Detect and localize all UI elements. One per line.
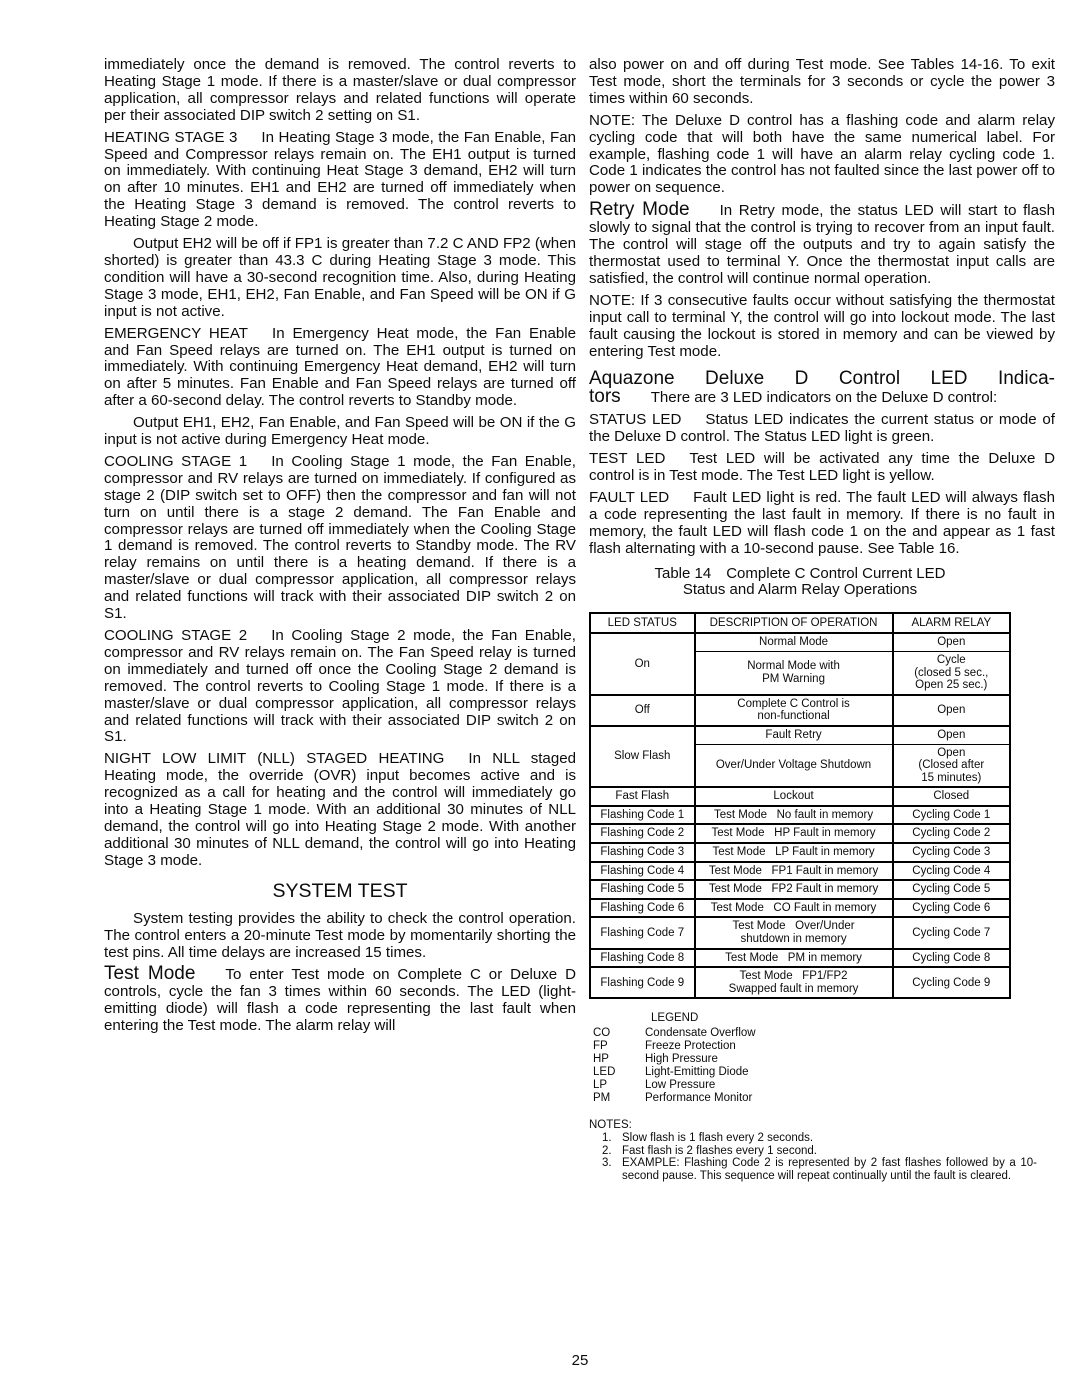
table-row: Flashing Code 4 Test Mode FP1 Fault in m… bbox=[590, 862, 1010, 881]
legend-abbr: CO bbox=[593, 1027, 645, 1040]
notes: NOTES: 1.Slow flash is 1 flash every 2 s… bbox=[589, 1119, 1037, 1184]
alarm-relay-cell: Cycling Code 3 bbox=[893, 843, 1010, 862]
legend-item: FPFreeze Protection bbox=[593, 1040, 933, 1053]
heading-retry-mode: Retry Mode bbox=[589, 199, 690, 220]
led-status-cell: Flashing Code 1 bbox=[590, 806, 695, 825]
table-row: Slow Flash Fault Retry Open bbox=[590, 726, 1010, 744]
table-row: Flashing Code 7 Test Mode Over/Under shu… bbox=[590, 917, 1010, 948]
cooling-stage-1-text: In Cooling Stage 1 mode, the Fan Enable,… bbox=[104, 453, 576, 622]
nll-text: In NLL staged Heating mode, the override… bbox=[104, 750, 576, 868]
paragraph-system-testing: System testing provides the ability to c… bbox=[104, 911, 576, 962]
paragraph-status-led: STATUS LEDStatus LED indicates the curre… bbox=[589, 412, 1055, 446]
heading-heating-stage-3: HEATING STAGE 3 bbox=[104, 129, 237, 146]
alarm-relay-cell: Cycling Code 6 bbox=[893, 899, 1010, 918]
led-status-cell: Flashing Code 9 bbox=[590, 967, 695, 998]
alarm-relay-cell: Cycling Code 2 bbox=[893, 824, 1010, 843]
paragraph-test-led: TEST LEDTest LED will be activated any t… bbox=[589, 451, 1055, 485]
heading-test-mode: Test Mode bbox=[104, 963, 195, 984]
heading-fault-led: FAULT LED bbox=[589, 489, 669, 506]
paragraph-retry-mode: Retry ModeIn Retry mode, the status LED … bbox=[589, 202, 1055, 288]
note-text: EXAMPLE: Flashing Code 2 is represented … bbox=[622, 1157, 1037, 1183]
description-cell: Test Mode FP1/FP2 Swapped fault in memor… bbox=[695, 967, 893, 998]
paragraph-note-lockout: NOTE: If 3 consecutive faults occur with… bbox=[589, 293, 1055, 361]
legend-item: HPHigh Pressure bbox=[593, 1053, 933, 1066]
note-item: 1.Slow flash is 1 flash every 2 seconds. bbox=[602, 1132, 1037, 1145]
alarm-relay-cell: Cycling Code 5 bbox=[893, 880, 1010, 899]
led-status-cell: Slow Flash bbox=[590, 726, 695, 787]
table-row: Off Complete C Control is non-functional… bbox=[590, 695, 1010, 726]
paragraph-aquazone-indicators: torsThere are 3 LED indicators on the De… bbox=[589, 389, 1055, 407]
legend-title: LEGEND bbox=[651, 1012, 933, 1025]
alarm-relay-cell: Cycling Code 8 bbox=[893, 949, 1010, 968]
aquazone-indicators-text: There are 3 LED indicators on the Deluxe… bbox=[651, 389, 998, 406]
table-row: Flashing Code 8 Test Mode PM in memory C… bbox=[590, 949, 1010, 968]
table-row: Flashing Code 9 Test Mode FP1/FP2 Swappe… bbox=[590, 967, 1010, 998]
notes-title: NOTES: bbox=[589, 1119, 1037, 1132]
led-status-cell: Flashing Code 7 bbox=[590, 917, 695, 948]
paragraph-fault-led: FAULT LEDFault LED light is red. The fau… bbox=[589, 490, 1055, 558]
legend: LEGEND COCondensate Overflow FPFreeze Pr… bbox=[593, 1012, 933, 1104]
description-cell: Over/Under Voltage Shutdown bbox=[695, 744, 893, 787]
alarm-relay-cell: Open bbox=[893, 695, 1010, 726]
paragraph-heating-stage-3: HEATING STAGE 3In Heating Stage 3 mode, … bbox=[104, 130, 576, 231]
legend-item: LEDLight-Emitting Diode bbox=[593, 1066, 933, 1079]
legend-abbr: HP bbox=[593, 1053, 645, 1066]
table14-caption-title: Complete C Control Current LED bbox=[726, 565, 945, 582]
heading-cooling-stage-2: COOLING STAGE 2 bbox=[104, 627, 247, 644]
paragraph-output-eh2: Output EH2 will be off if FP1 is greater… bbox=[104, 236, 576, 321]
led-status-cell: Flashing Code 6 bbox=[590, 899, 695, 918]
note-text: Slow flash is 1 flash every 2 seconds. bbox=[622, 1132, 1037, 1145]
paragraph-test-mode: Test ModeTo enter Test mode on Complete … bbox=[104, 966, 576, 1035]
header-alarm-relay: ALARM RELAY bbox=[893, 613, 1010, 634]
description-cell: Test Mode FP1 Fault in memory bbox=[695, 862, 893, 881]
led-status-cell: Off bbox=[590, 695, 695, 726]
alarm-relay-cell: Cycling Code 9 bbox=[893, 967, 1010, 998]
note-item: 3.EXAMPLE: Flashing Code 2 is represente… bbox=[602, 1157, 1037, 1183]
heading-test-led: TEST LED bbox=[589, 450, 665, 467]
heading-status-led: STATUS LED bbox=[589, 411, 681, 428]
legend-def: Freeze Protection bbox=[645, 1040, 736, 1053]
alarm-relay-cell: Open bbox=[893, 633, 1010, 651]
description-cell: Normal Mode bbox=[695, 633, 893, 651]
description-cell: Test Mode Over/Under shutdown in memory bbox=[695, 917, 893, 948]
led-status-alarm-table: LED STATUS DESCRIPTION OF OPERATION ALAR… bbox=[589, 612, 1011, 1000]
led-status-cell: Flashing Code 2 bbox=[590, 824, 695, 843]
heading-nll: NIGHT LOW LIMIT (NLL) STAGED HEATING bbox=[104, 750, 444, 767]
alarm-relay-cell: Open (Closed after 15 minutes) bbox=[893, 744, 1010, 787]
table-row: Flashing Code 5 Test Mode FP2 Fault in m… bbox=[590, 880, 1010, 899]
table14-caption-line2: Status and Alarm Relay Operations bbox=[589, 582, 1011, 599]
description-cell: Test Mode No fault in memory bbox=[695, 806, 893, 825]
note-number: 2. bbox=[602, 1145, 622, 1158]
paragraph-test-mode-continuation: also power on and off during Test mode. … bbox=[589, 57, 1055, 108]
left-column: immediately once the demand is removed. … bbox=[104, 57, 576, 1183]
description-cell: Normal Mode with PM Warning bbox=[695, 651, 893, 694]
legend-def: Condensate Overflow bbox=[645, 1027, 756, 1040]
legend-def: Low Pressure bbox=[645, 1079, 715, 1092]
legend-item: COCondensate Overflow bbox=[593, 1027, 933, 1040]
alarm-relay-cell: Cycle (closed 5 sec., Open 25 sec.) bbox=[893, 651, 1010, 694]
header-led-status: LED STATUS bbox=[590, 613, 695, 634]
paragraph-cooling-stage-2: COOLING STAGE 2In Cooling Stage 2 mode, … bbox=[104, 628, 576, 746]
paragraph-cooling-stage-1: COOLING STAGE 1In Cooling Stage 1 mode, … bbox=[104, 454, 576, 623]
led-status-cell: Flashing Code 3 bbox=[590, 843, 695, 862]
description-cell: Test Mode LP Fault in memory bbox=[695, 843, 893, 862]
paragraph-output-eh1: Output EH1, EH2, Fan Enable, and Fan Spe… bbox=[104, 415, 576, 449]
legend-abbr: LED bbox=[593, 1066, 645, 1079]
two-column-layout: immediately once the demand is removed. … bbox=[0, 0, 1080, 1183]
legend-def: Performance Monitor bbox=[645, 1092, 752, 1105]
description-cell: Test Mode CO Fault in memory bbox=[695, 899, 893, 918]
table14-caption-line1: Table 14Complete C Control Current LED bbox=[589, 566, 1011, 583]
legend-abbr: LP bbox=[593, 1079, 645, 1092]
legend-def: High Pressure bbox=[645, 1053, 718, 1066]
legend-item: LPLow Pressure bbox=[593, 1079, 933, 1092]
heading-aquazone-led-indicators: Aquazone Deluxe D Control LED Indica- bbox=[589, 368, 1055, 389]
description-cell: Test Mode FP2 Fault in memory bbox=[695, 880, 893, 899]
legend-item: PMPerformance Monitor bbox=[593, 1092, 933, 1105]
paragraph-intro-continuation: immediately once the demand is removed. … bbox=[104, 57, 576, 125]
note-text: Fast flash is 2 flashes every 1 second. bbox=[622, 1145, 1037, 1158]
led-status-cell: Fast Flash bbox=[590, 787, 695, 806]
page-number: 25 bbox=[104, 1352, 1056, 1369]
right-column: also power on and off during Test mode. … bbox=[589, 57, 1055, 1183]
note-number: 3. bbox=[602, 1157, 622, 1183]
alarm-relay-cell: Open bbox=[893, 726, 1010, 744]
description-cell: Complete C Control is non-functional bbox=[695, 695, 893, 726]
led-status-cell: Flashing Code 4 bbox=[590, 862, 695, 881]
table-row: On Normal Mode Open bbox=[590, 633, 1010, 651]
alarm-relay-cell: Cycling Code 1 bbox=[893, 806, 1010, 825]
table14-caption: Table 14Complete C Control Current LED S… bbox=[589, 566, 1011, 599]
paragraph-nll-staged-heating: NIGHT LOW LIMIT (NLL) STAGED HEATINGIn N… bbox=[104, 751, 576, 869]
note-item: 2.Fast flash is 2 flashes every 1 second… bbox=[602, 1145, 1037, 1158]
table-row: Flashing Code 2 Test Mode HP Fault in me… bbox=[590, 824, 1010, 843]
led-status-cell: Flashing Code 8 bbox=[590, 949, 695, 968]
system-test-heading: SYSTEM TEST bbox=[104, 880, 576, 902]
description-cell: Test Mode PM in memory bbox=[695, 949, 893, 968]
legend-def: Light-Emitting Diode bbox=[645, 1066, 749, 1079]
table-row: Flashing Code 1 Test Mode No fault in me… bbox=[590, 806, 1010, 825]
paragraph-note-deluxe-d: NOTE: The Deluxe D control has a flashin… bbox=[589, 113, 1055, 198]
heading-emergency-heat: EMERGENCY HEAT bbox=[104, 325, 248, 342]
table14-caption-label: Table 14 bbox=[655, 565, 712, 582]
header-description: DESCRIPTION OF OPERATION bbox=[695, 613, 893, 634]
description-cell: Fault Retry bbox=[695, 726, 893, 744]
note-number: 1. bbox=[602, 1132, 622, 1145]
description-cell: Lockout bbox=[695, 787, 893, 806]
description-cell: Test Mode HP Fault in memory bbox=[695, 824, 893, 843]
alarm-relay-cell: Cycling Code 4 bbox=[893, 862, 1010, 881]
legend-abbr: FP bbox=[593, 1040, 645, 1053]
heading-aquazone-tors: tors bbox=[589, 386, 621, 407]
manual-page: immediately once the demand is removed. … bbox=[0, 0, 1080, 1397]
table-row: Flashing Code 3 Test Mode LP Fault in me… bbox=[590, 843, 1010, 862]
table-row: Flashing Code 6 Test Mode CO Fault in me… bbox=[590, 899, 1010, 918]
alarm-relay-cell: Closed bbox=[893, 787, 1010, 806]
alarm-relay-cell: Cycling Code 7 bbox=[893, 917, 1010, 948]
table-row: Fast Flash Lockout Closed bbox=[590, 787, 1010, 806]
led-status-cell: On bbox=[590, 633, 695, 694]
heading-cooling-stage-1: COOLING STAGE 1 bbox=[104, 453, 247, 470]
cooling-stage-2-text: In Cooling Stage 2 mode, the Fan Enable,… bbox=[104, 627, 576, 745]
legend-abbr: PM bbox=[593, 1092, 645, 1105]
led-status-cell: Flashing Code 5 bbox=[590, 880, 695, 899]
paragraph-emergency-heat: EMERGENCY HEATIn Emergency Heat mode, th… bbox=[104, 326, 576, 411]
table-header-row: LED STATUS DESCRIPTION OF OPERATION ALAR… bbox=[590, 613, 1010, 634]
